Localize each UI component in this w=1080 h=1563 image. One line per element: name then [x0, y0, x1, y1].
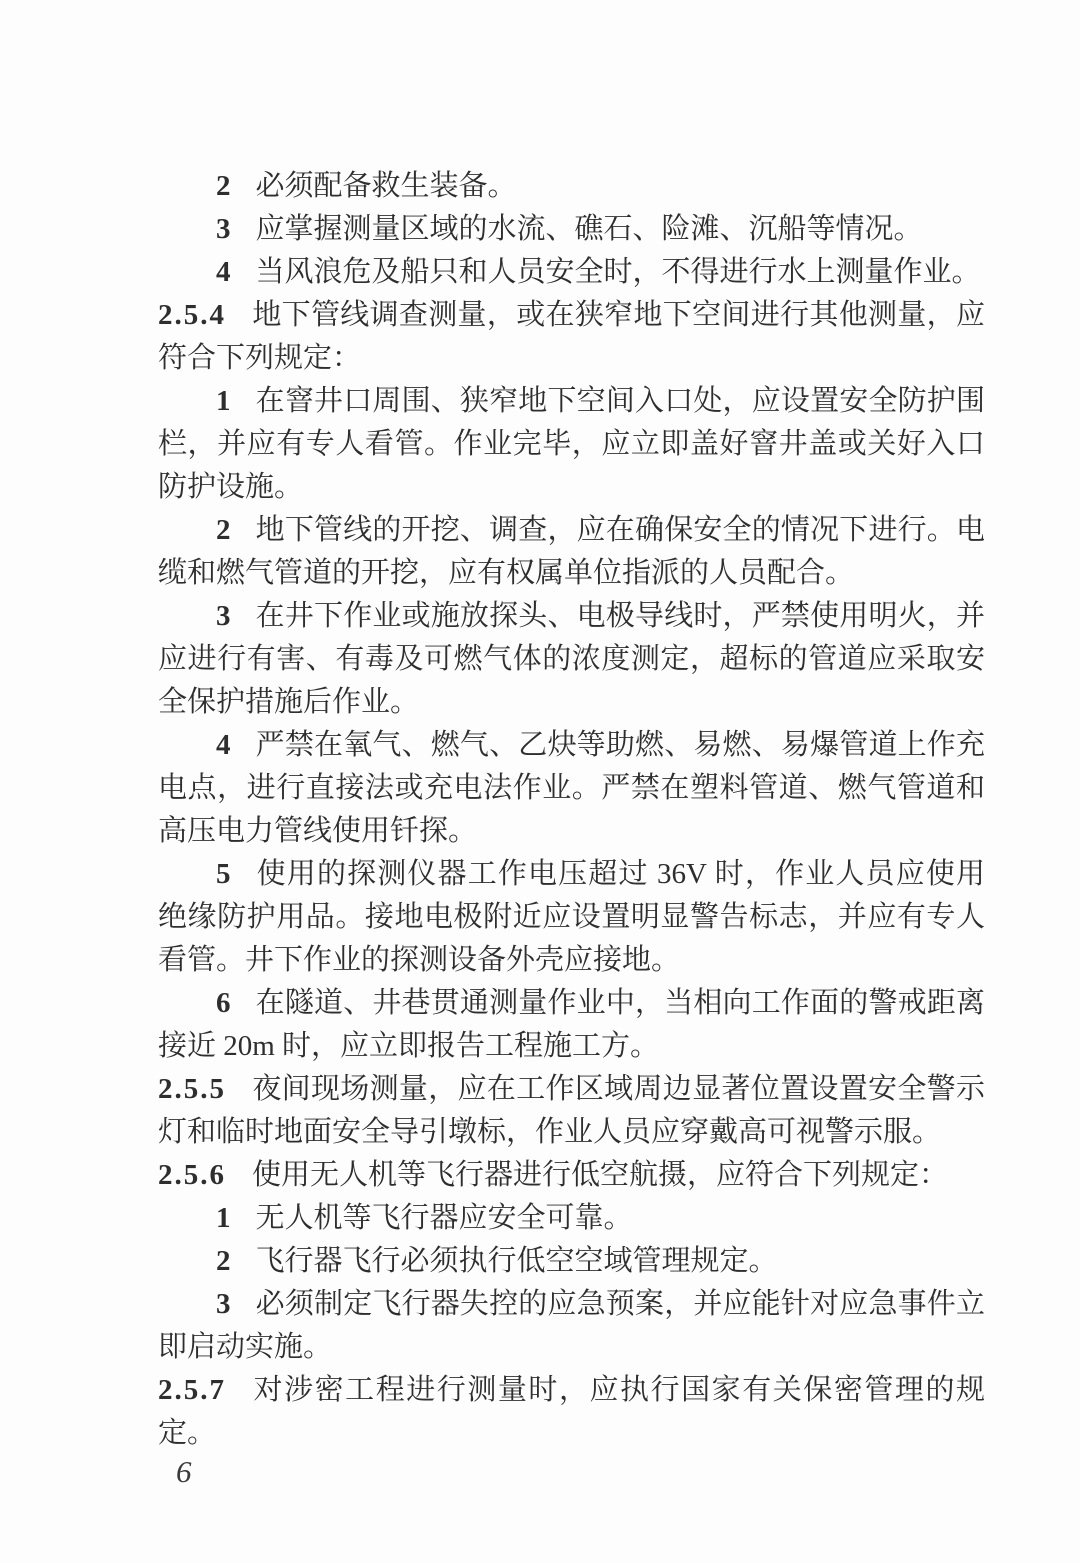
section-paragraph: 2.5.5夜间现场测量，应在工作区域周边显著位置设置安全警示灯和临时地面安全导引…: [158, 1068, 985, 1154]
paragraph-text: 对涉密工程进行测量时，应执行国家有关保密管理的规定。: [158, 1374, 985, 1449]
paragraph-text: 地下管线的开挖、调查，应在确保安全的情况下进行。电缆和燃气管道的开挖，应有权属单…: [158, 514, 985, 589]
paragraph-number: 2: [216, 170, 231, 202]
paragraph-text: 无人机等飞行器应安全可靠。: [256, 1202, 633, 1234]
list-item-paragraph: 3应掌握测量区域的水流、礁石、险滩、沉船等情况。: [158, 208, 985, 251]
list-item-paragraph: 1在窨井口周围、狭窄地下空间入口处，应设置安全防护围栏，并应有专人看管。作业完毕…: [158, 380, 985, 509]
list-item-paragraph: 4严禁在氧气、燃气、乙炔等助燃、易燃、易爆管道上作充电点，进行直接法或充电法作业…: [158, 724, 985, 853]
paragraph-text: 在井下作业或施放探头、电极导线时，严禁使用明火，并应进行有害、有毒及可燃气体的浓…: [158, 600, 985, 718]
list-item-paragraph: 5使用的探测仪器工作电压超过 36V 时，作业人员应使用绝缘防护用品。接地电极附…: [158, 853, 985, 982]
paragraph-number: 2.5.5: [158, 1073, 226, 1105]
paragraph-text: 夜间现场测量，应在工作区域周边显著位置设置安全警示灯和临时地面安全导引墩标，作业…: [158, 1073, 985, 1148]
paragraph-number: 3: [216, 600, 231, 632]
paragraph-number: 4: [216, 729, 231, 761]
list-item-paragraph: 3必须制定飞行器失控的应急预案，并应能针对应急事件立即启动实施。: [158, 1283, 985, 1369]
list-item-paragraph: 1无人机等飞行器应安全可靠。: [158, 1197, 985, 1240]
page-number: 6: [176, 1450, 192, 1493]
list-item-paragraph: 2必须配备救生装备。: [158, 165, 985, 208]
paragraph-text: 飞行器飞行必须执行低空空域管理规定。: [256, 1245, 778, 1277]
paragraph-number: 6: [216, 987, 231, 1019]
paragraph-number: 2: [216, 1245, 231, 1277]
paragraph-text: 必须配备救生装备。: [256, 170, 517, 202]
list-item-paragraph: 2地下管线的开挖、调查，应在确保安全的情况下进行。电缆和燃气管道的开挖，应有权属…: [158, 509, 985, 595]
paragraph-number: 1: [216, 385, 231, 417]
paragraph-number: 4: [216, 256, 231, 288]
paragraph-text: 使用的探测仪器工作电压超过 36V 时，作业人员应使用绝缘防护用品。接地电极附近…: [158, 858, 985, 976]
list-item-paragraph: 4当风浪危及船只和人员安全时，不得进行水上测量作业。: [158, 251, 985, 294]
paragraph-text: 地下管线调查测量，或在狭窄地下空间进行其他测量，应符合下列规定：: [158, 299, 985, 374]
list-item-paragraph: 3在井下作业或施放探头、电极导线时，严禁使用明火，并应进行有害、有毒及可燃气体的…: [158, 595, 985, 724]
paragraph-text: 在窨井口周围、狭窄地下空间入口处，应设置安全防护围栏，并应有专人看管。作业完毕，…: [158, 385, 985, 503]
paragraph-text: 在隧道、井巷贯通测量作业中，当相向工作面的警戒距离接近 20m 时，应立即报告工…: [158, 987, 985, 1062]
section-paragraph: 2.5.4地下管线调查测量，或在狭窄地下空间进行其他测量，应符合下列规定：: [158, 294, 985, 380]
paragraph-number: 5: [216, 858, 231, 890]
document-page: 2必须配备救生装备。3应掌握测量区域的水流、礁石、险滩、沉船等情况。4当风浪危及…: [0, 0, 1080, 1563]
list-item-paragraph: 2飞行器飞行必须执行低空空域管理规定。: [158, 1240, 985, 1283]
paragraph-text: 应掌握测量区域的水流、礁石、险滩、沉船等情况。: [256, 213, 923, 245]
paragraph-number: 2.5.4: [158, 299, 226, 331]
paragraph-text: 使用无人机等飞行器进行低空航摄，应符合下列规定：: [252, 1159, 948, 1191]
section-paragraph: 2.5.7对涉密工程进行测量时，应执行国家有关保密管理的规定。: [158, 1369, 985, 1455]
paragraph-number: 3: [216, 213, 231, 245]
paragraph-number: 2.5.6: [158, 1159, 226, 1191]
paragraph-number: 2: [216, 514, 231, 546]
paragraph-number: 1: [216, 1202, 231, 1234]
paragraph-text: 当风浪危及船只和人员安全时，不得进行水上测量作业。: [256, 256, 981, 288]
paragraph-number: 3: [216, 1288, 231, 1320]
page-body: 2必须配备救生装备。3应掌握测量区域的水流、礁石、险滩、沉船等情况。4当风浪危及…: [158, 165, 985, 1455]
paragraph-text: 必须制定飞行器失控的应急预案，并应能针对应急事件立即启动实施。: [158, 1288, 985, 1363]
section-paragraph: 2.5.6使用无人机等飞行器进行低空航摄，应符合下列规定：: [158, 1154, 985, 1197]
paragraph-text: 严禁在氧气、燃气、乙炔等助燃、易燃、易爆管道上作充电点，进行直接法或充电法作业。…: [158, 729, 985, 847]
paragraph-number: 2.5.7: [158, 1374, 226, 1406]
list-item-paragraph: 6在隧道、井巷贯通测量作业中，当相向工作面的警戒距离接近 20m 时，应立即报告…: [158, 982, 985, 1068]
